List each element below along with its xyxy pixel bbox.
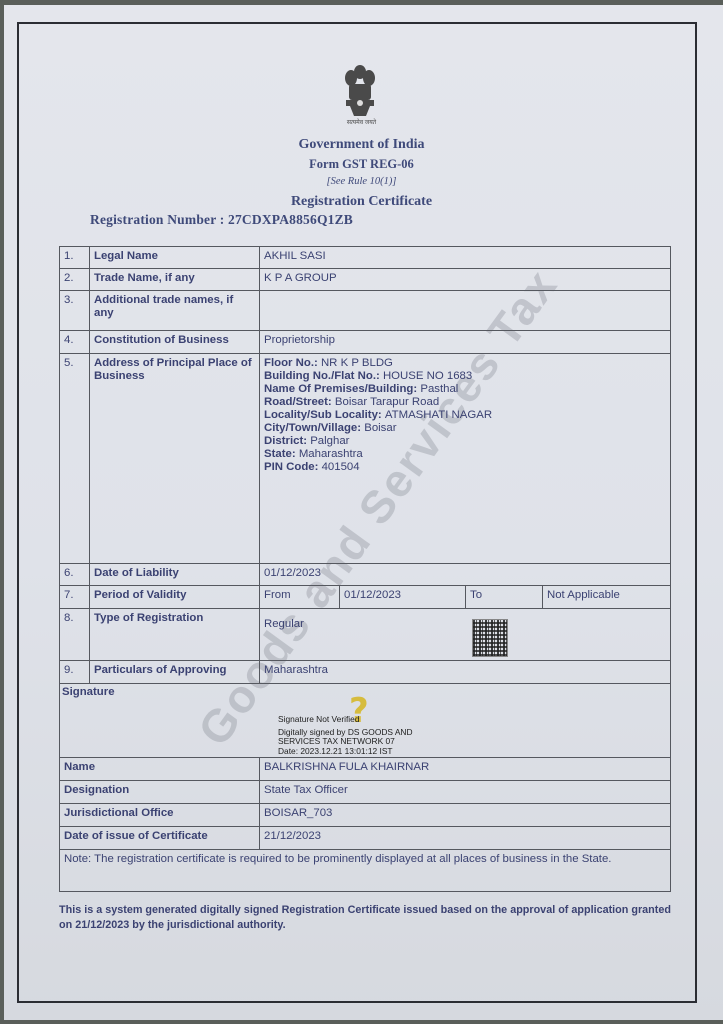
designation-label: Designation [60,781,260,804]
address-line: PIN Code: 401504 [264,461,666,474]
address-field-value: 401504 [322,461,360,473]
rule-reference: [See Rule 10(1)] [0,176,723,187]
table-row: Designation State Tax Officer [60,781,671,804]
officer-name-label: Name [60,758,260,781]
table-row: 8. Type of Registration Regular [60,609,671,661]
approving-particulars-value: Maharashtra [260,661,671,684]
address-field-value: Boisar [364,422,396,434]
address-field-value: HOUSE NO 1683 [383,370,472,382]
row-number: 2. [60,269,90,291]
certificate-table: 1. Legal Name AKHIL SASI 2. Trade Name, … [59,246,671,892]
registration-number-label: Registration Number : [90,212,224,227]
emblem-motto: सत्यमेव जयते [0,118,723,126]
address-field-label: District: [264,435,310,447]
registration-number-value: 27CDXPA8856Q1ZB [228,212,353,227]
row-label: Address of Principal Place of Business [90,354,260,564]
row-label: Constitution of Business [90,331,260,354]
address-field-label: State: [264,448,299,460]
issue-date-label: Date of issue of Certificate [60,827,260,850]
row-number: 3. [60,291,90,331]
address-line: Road/Street: Boisar Tarapur Road [264,396,666,409]
validity-to-value: Not Applicable [543,586,671,609]
form-title: Form GST REG-06 [0,157,723,172]
address-line: District: Palghar [264,435,666,448]
validity-from-label: From [260,586,340,609]
table-row: 9. Particulars of Approving Maharashtra [60,661,671,684]
signature-date: Date: 2023.12.21 13:01:12 IST [278,747,413,757]
table-row: Name BALKRISHNA FULA KHAIRNAR [60,758,671,781]
constitution-value: Proprietorship [260,331,671,354]
jurisdictional-office-label: Jurisdictional Office [60,804,260,827]
row-number: 8. [60,609,90,661]
address-field-label: City/Town/Village: [264,422,364,434]
row-label: Type of Registration [90,609,260,661]
additional-trade-names-value [260,291,671,331]
address-field-value: NR K P BLDG [321,357,393,369]
address-field-value: Palghar [310,435,349,447]
table-row: 7. Period of Validity From 01/12/2023 To… [60,586,671,609]
row-label: Trade Name, if any [90,269,260,291]
row-number: 5. [60,354,90,564]
address-line: Floor No.: NR K P BLDG [264,357,666,370]
address-field-label: Name Of Premises/Building: [264,383,420,395]
signature-status: Signature Not Verified [278,715,413,725]
address-field-label: Floor No.: [264,357,321,369]
table-row: 3. Additional trade names, if any [60,291,671,331]
address-field-value: Pasthal [420,383,458,395]
row-number: 1. [60,247,90,269]
address-value: Floor No.: NR K P BLDGBuilding No./Flat … [260,354,671,564]
officer-name-value: BALKRISHNA FULA KHAIRNAR [260,758,671,781]
government-title: Government of India [0,137,723,153]
table-row: 4. Constitution of Business Proprietorsh… [60,331,671,354]
table-row: 1. Legal Name AKHIL SASI [60,247,671,269]
table-row: Jurisdictional Office BOISAR_703 [60,804,671,827]
address-line: Locality/Sub Locality: ATMASHATI NAGAR [264,409,666,422]
table-row: 5. Address of Principal Place of Busines… [60,354,671,564]
qr-code-icon[interactable] [472,619,508,657]
address-field-label: Locality/Sub Locality: [264,409,385,421]
address-line: Building No./Flat No.: HOUSE NO 1683 [264,370,666,383]
address-field-label: Road/Street: [264,396,335,408]
address-line: State: Maharashtra [264,448,666,461]
address-field-value: ATMASHATI NAGAR [385,409,492,421]
display-note: Note: The registration certificate is re… [60,850,671,892]
address-line: City/Town/Village: Boisar [264,422,666,435]
row-label: Date of Liability [90,564,260,586]
table-row: Date of issue of Certificate 21/12/2023 [60,827,671,850]
designation-value: State Tax Officer [260,781,671,804]
issue-date-value: 21/12/2023 [260,827,671,850]
date-of-liability-value: 01/12/2023 [260,564,671,586]
jurisdictional-office-value: BOISAR_703 [260,804,671,827]
row-label: Legal Name [90,247,260,269]
certificate-title: Registration Certificate [0,194,723,210]
signature-row: Signature ? Signature Not Verified Digit… [60,684,671,758]
table-row: 6. Date of Liability 01/12/2023 [60,564,671,586]
table-row: 2. Trade Name, if any K P A GROUP [60,269,671,291]
validity-from-value: 01/12/2023 [340,586,466,609]
legal-name-value: AKHIL SASI [260,247,671,269]
row-number: 6. [60,564,90,586]
footer-statement: This is a system generated digitally sig… [59,903,679,933]
address-field-value: Boisar Tarapur Road [335,396,439,408]
address-field-value: Maharashtra [299,448,363,460]
row-number: 7. [60,586,90,609]
digital-signature-block[interactable]: ? Signature Not Verified Digitally signe… [62,699,668,757]
registration-type-value: Regular [264,612,666,631]
address-line: Name Of Premises/Building: Pasthal [264,383,666,396]
validity-to-label: To [466,586,543,609]
trade-name-value: K P A GROUP [260,269,671,291]
note-row: Note: The registration certificate is re… [60,850,671,892]
row-label: Additional trade names, if any [90,291,260,331]
registration-number: Registration Number : 27CDXPA8856Q1ZB [90,212,353,228]
row-number: 4. [60,331,90,354]
row-number: 9. [60,661,90,684]
row-label: Period of Validity [90,586,260,609]
row-label: Particulars of Approving [90,661,260,684]
address-field-label: Building No./Flat No.: [264,370,383,382]
address-field-label: PIN Code: [264,461,322,473]
